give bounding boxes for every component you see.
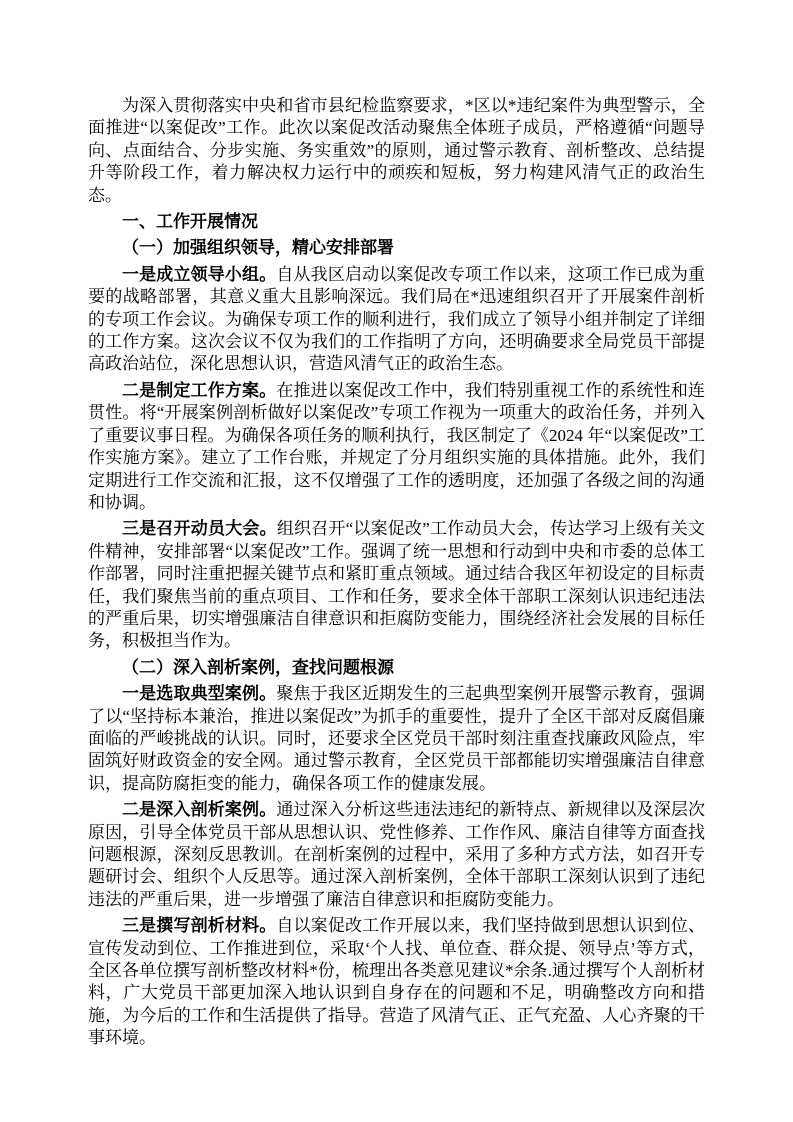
paragraph-lead: 三是撰写剖析材料。 [122,916,276,935]
paragraph-work-plan: 二是制定工作方案。在推进以案促改工作中，我们特别重视工作的系统性和连贯性。将“开… [88,380,705,514]
heading-subsection-1-1: （一）加强组织领导，精心安排部署 [88,237,705,259]
paragraph-text: 自以案促改工作开展以来，我们坚持做到思想认识到位、宣传发动到位、工作推进到位，采… [88,916,705,1047]
paragraph-case-analysis: 二是深入剖析案例。通过深入分析这些违法违纪的新特点、新规律以及深层次原因，引导全… [88,799,705,911]
heading-text: （二）深入剖析案例，查找问题根源 [122,658,394,677]
paragraph-text: 组织召开“以案促改”工作动员大会，传达学习上级有关文件精神，安排部署“以案促改”… [88,519,705,650]
paragraph-text: 在推进以案促改工作中，我们特别重视工作的系统性和连贯性。将“开展案例剖析做好以案… [88,381,705,512]
document-page: 为深入贯彻落实中央和省市县纪检监察要求，*区以*违纪案件为典型警示，全面推进“以… [0,0,793,1122]
heading-subsection-1-2: （二）深入剖析案例，查找问题根源 [88,657,705,679]
paragraph-leading-group: 一是成立领导小组。自从我区启动以案促改专项工作以来，这项工作已成为重要的战略部署… [88,264,705,376]
paragraph-lead: 一是成立领导小组。 [122,265,276,284]
paragraph-text: 为深入贯彻落实中央和省市县纪检监察要求，*区以*违纪案件为典型警示，全面推进“以… [88,96,705,205]
heading-text: 一、工作开展情况 [122,212,258,231]
paragraph-lead: 二是深入剖析案例。 [122,800,276,819]
paragraph-lead: 二是制定工作方案。 [122,381,276,400]
paragraph-lead: 一是选取典型案例。 [122,684,276,703]
paragraph-lead: 三是召开动员大会。 [122,519,277,538]
paragraph-typical-cases: 一是选取典型案例。聚焦于我区近期发生的三起典型案例开展警示教育，强调了以“坚持标… [88,683,705,795]
paragraph-analysis-materials: 三是撰写剖析材料。自以案促改工作开展以来，我们坚持做到思想认识到位、宣传发动到位… [88,915,705,1049]
paragraph-mobilization-meeting: 三是召开动员大会。组织召开“以案促改”工作动员大会，传达学习上级有关文件精神，安… [88,518,705,652]
heading-section-1: 一、工作开展情况 [88,211,705,233]
heading-text: （一）加强组织领导，精心安排部署 [122,238,394,257]
paragraph-intro: 为深入贯彻落实中央和省市县纪检监察要求，*区以*违纪案件为典型警示，全面推进“以… [88,95,705,207]
